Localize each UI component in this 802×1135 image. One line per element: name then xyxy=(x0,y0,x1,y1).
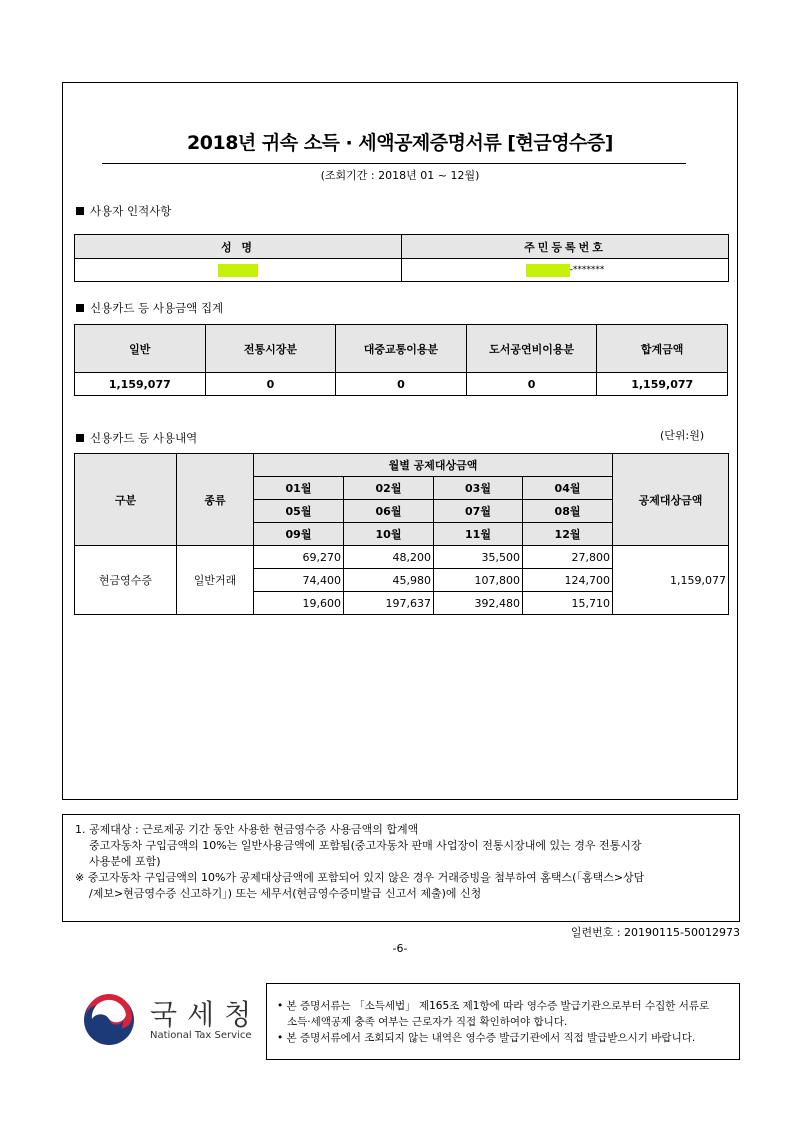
square-bullet-icon xyxy=(76,434,84,442)
document-title: 2018년 귀속 소득 · 세액공제증명서류 [현금영수증] xyxy=(100,128,700,155)
header-month: 03월 xyxy=(434,477,523,500)
user-info-table: 성 명 주민등록번호 -******* xyxy=(74,234,729,282)
summary-table: 일반 전통시장분 대중교통이용분 도서공연비이용분 합계금액 1,159,077… xyxy=(74,324,728,396)
amount-cell: 392,480 xyxy=(434,592,523,615)
square-bullet-icon xyxy=(76,207,84,215)
query-period: (조회기간 : 2018년 01 ~ 12월) xyxy=(100,167,700,183)
redacted-rrn xyxy=(526,264,570,277)
header-monthly: 월별 공제대상금액 xyxy=(254,454,613,477)
note-line: 1. 공제대상 : 근로제공 기간 동안 사용한 현금영수증 사용금액의 합계액 xyxy=(75,822,727,838)
amount-cell: 48,200 xyxy=(344,546,434,569)
header-month: 02월 xyxy=(344,477,434,500)
info-line: • 본 증명서류는 「소득세법」 제165조 제1항에 따라 영수증 발급기관으… xyxy=(277,998,729,1014)
logo-korean-text: 국세청 xyxy=(150,1000,261,1030)
category-cell: 현금영수증 xyxy=(75,546,177,615)
name-cell xyxy=(75,259,402,282)
header-month: 04월 xyxy=(523,477,613,500)
value-total: 1,159,077 xyxy=(597,373,728,396)
header-traditional-market: 전통시장분 xyxy=(205,325,336,373)
header-month: 11월 xyxy=(434,523,523,546)
rrn-cell: -******* xyxy=(402,259,729,282)
info-box: • 본 증명서류는 「소득세법」 제165조 제1항에 따라 영수증 발급기관으… xyxy=(266,983,740,1060)
square-bullet-icon xyxy=(76,304,84,312)
header-month: 12월 xyxy=(523,523,613,546)
serial-number: 일련번호 : 20190115-50012973 xyxy=(480,924,740,940)
section-heading-summary: 신용카드 등 사용금액 집계 xyxy=(76,300,223,316)
page-number: -6- xyxy=(380,942,420,955)
value-public-transport: 0 xyxy=(336,373,467,396)
section-heading-user: 사용자 인적사항 xyxy=(76,203,171,219)
header-month: 09월 xyxy=(254,523,344,546)
amount-cell: 45,980 xyxy=(344,569,434,592)
header-type: 종류 xyxy=(177,454,254,546)
note-line: /제보>현금영수증 신고하기」) 또는 세무서(현금영수증미발급 신고서 제출)… xyxy=(75,886,727,902)
redacted-name xyxy=(218,264,258,277)
table-row: 현금영수증 일반거래 69,270 48,200 35,500 27,800 1… xyxy=(75,546,729,569)
nts-emblem-icon xyxy=(82,993,136,1047)
info-line: • 본 증명서류에서 조회되지 않는 내역은 영수증 발급기관에서 직접 발급받… xyxy=(277,1030,729,1046)
header-rrn: 주민등록번호 xyxy=(402,235,729,259)
value-general: 1,159,077 xyxy=(75,373,206,396)
header-month: 07월 xyxy=(434,500,523,523)
amount-cell: 15,710 xyxy=(523,592,613,615)
note-line: 중고자동차 구입금액의 10%는 일반사용금액에 포함됨(중고자동차 판매 사업… xyxy=(75,838,727,854)
amount-cell: 74,400 xyxy=(254,569,344,592)
note-line: ※ 중고자동차 구입금액의 10%가 공제대상금액에 포함되어 있지 않은 경우… xyxy=(75,870,727,886)
unit-label: (단위:원) xyxy=(660,427,704,443)
value-traditional-market: 0 xyxy=(205,373,336,396)
header-total: 합계금액 xyxy=(597,325,728,373)
amount-cell: 27,800 xyxy=(523,546,613,569)
amount-cell: 19,600 xyxy=(254,592,344,615)
header-month: 06월 xyxy=(344,500,434,523)
detail-table: 구분 종류 월별 공제대상금액 공제대상금액 01월 02월 03월 04월 0… xyxy=(74,453,729,615)
total-cell: 1,159,077 xyxy=(613,546,729,615)
header-category: 구분 xyxy=(75,454,177,546)
section-heading-detail: 신용카드 등 사용내역 xyxy=(76,430,197,446)
value-books-performance: 0 xyxy=(466,373,597,396)
info-line: 소득·세액공제 충족 여부는 근로자가 직접 확인하여야 합니다. xyxy=(277,1014,729,1030)
header-month: 08월 xyxy=(523,500,613,523)
type-cell: 일반거래 xyxy=(177,546,254,615)
nts-logo: 국세청 National Tax Service xyxy=(82,990,262,1050)
amount-cell: 107,800 xyxy=(434,569,523,592)
notes-box: 1. 공제대상 : 근로제공 기간 동안 사용한 현금영수증 사용금액의 합계액… xyxy=(62,814,740,922)
header-public-transport: 대중교통이용분 xyxy=(336,325,467,373)
header-books-performance: 도서공연비이용분 xyxy=(466,325,597,373)
header-general: 일반 xyxy=(75,325,206,373)
title-divider xyxy=(102,163,686,164)
note-line: 사용분에 포함) xyxy=(75,854,727,870)
logo-english-text: National Tax Service xyxy=(150,1030,261,1041)
rrn-masked-suffix: -******* xyxy=(570,265,605,275)
amount-cell: 197,637 xyxy=(344,592,434,615)
header-month: 05월 xyxy=(254,500,344,523)
amount-cell: 35,500 xyxy=(434,546,523,569)
header-deductible-total: 공제대상금액 xyxy=(613,454,729,546)
amount-cell: 69,270 xyxy=(254,546,344,569)
header-name: 성 명 xyxy=(75,235,402,259)
header-month: 01월 xyxy=(254,477,344,500)
header-month: 10월 xyxy=(344,523,434,546)
amount-cell: 124,700 xyxy=(523,569,613,592)
